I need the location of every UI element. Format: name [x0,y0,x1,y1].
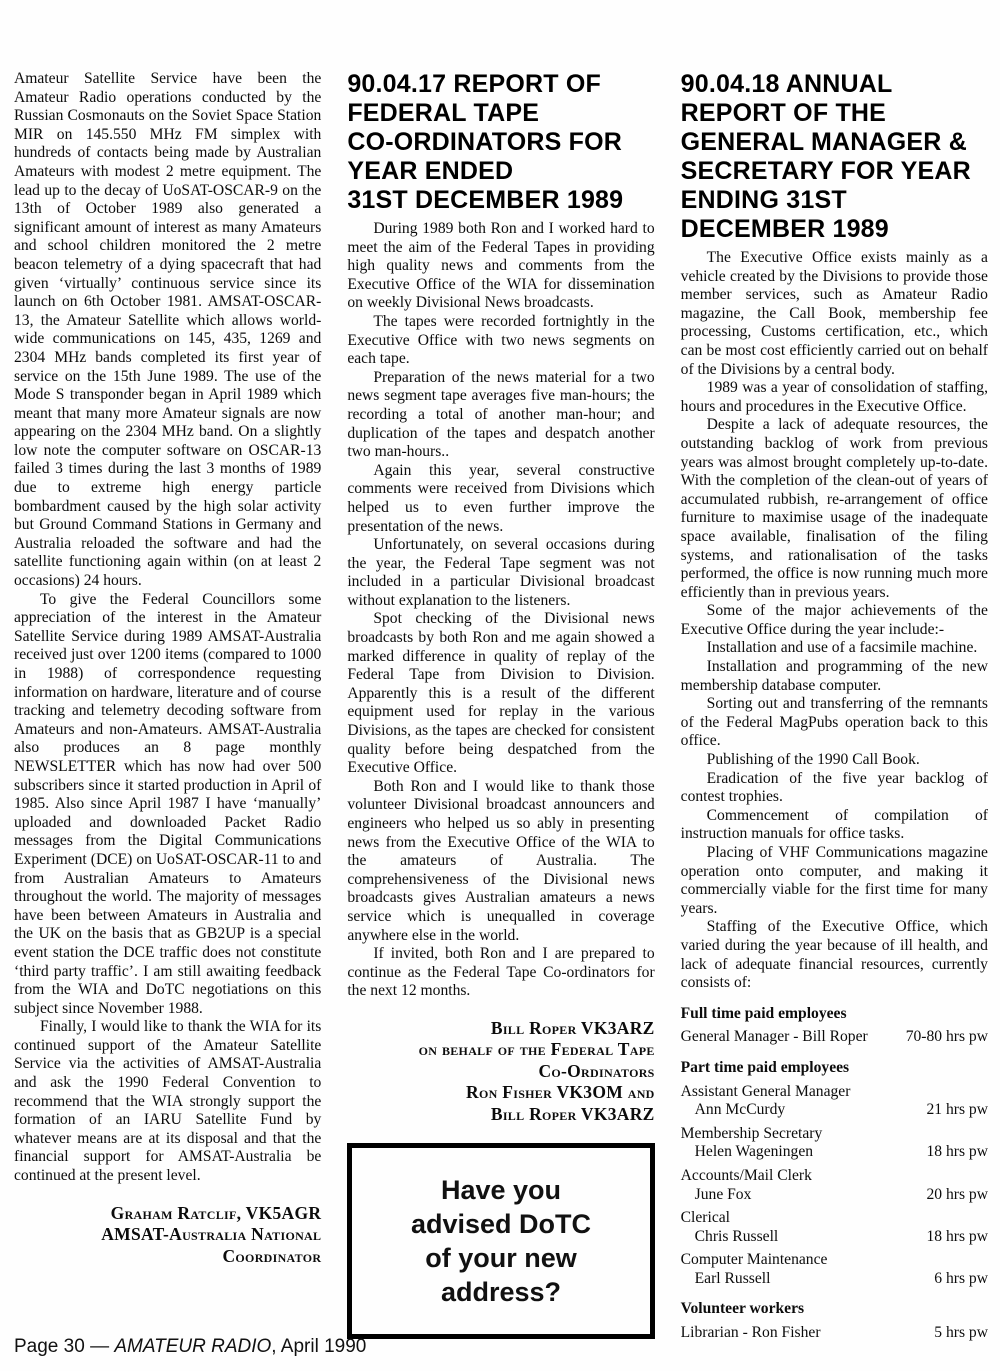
staff-role: Accounts/Mail Clerk [681,1167,988,1186]
paragraph: Some of the major achievements of the Ex… [681,602,988,639]
paragraph: Installation and programming of the new … [681,658,988,695]
staff-entry: ClericalChris Russell18 hrs pw [681,1209,988,1246]
signature-line: Graham Ratclif, VK5AGR [14,1203,321,1225]
heading-line: YEAR ENDED [347,157,654,186]
heading-line: GENERAL MANAGER & [681,128,988,157]
general-manager-report-body: The Executive Office exists mainly as a … [681,249,988,993]
paragraph: Placing of VHF Communications magazine o… [681,844,988,918]
paragraph: To give the Federal Councillors some app… [14,591,321,1019]
paragraph: Installation and use of a facsimile mach… [681,639,988,658]
column-federal-tape-report: 90.04.17 REPORT OFFEDERAL TAPECO-ORDINAT… [347,70,654,1343]
notice-line: address? [411,1275,591,1309]
staff-name: Helen Wageningen [681,1143,813,1162]
amsat-report-body: Amateur Satellite Service have been the … [14,70,321,1186]
staff-section: Volunteer workersLibrarian - Ron Fisher5… [681,1300,988,1342]
notice-line: Have you [411,1173,591,1207]
signature-line: Bill Roper VK3ARZ [347,1018,654,1040]
staff-entry: Librarian - Ron Fisher5 hrs pw [681,1324,988,1343]
staff-name: Earl Russell [681,1270,771,1289]
column-amsat-report: Amateur Satellite Service have been the … [14,70,321,1343]
heading-line: ENDING 31ST [681,186,988,215]
heading-line: CO-ORDINATORS FOR [347,128,654,157]
staff-section-title: Full time paid employees [681,1005,988,1024]
staff-entry: General Manager - Bill Roper70-80 hrs pw [681,1028,988,1047]
dotc-address-notice-box: Have youadvised DoTCof your newaddress? [347,1143,654,1339]
signature-amsat-coordinator: Graham Ratclif, VK5AGRAMSAT-Australia Na… [14,1203,321,1268]
notice-line: advised DoTC [411,1207,591,1241]
staff-role-and-name: Librarian - Ron Fisher [681,1324,821,1343]
staff-entry: Computer MaintenanceEarl Russell6 hrs pw [681,1251,988,1288]
heading-line: 90.04.18 ANNUAL [681,70,988,99]
dotc-notice-text: Have youadvised DoTCof your newaddress? [411,1173,591,1309]
paragraph: Eradication of the five year backlog of … [681,770,988,807]
heading-line: SECRETARY FOR YEAR [681,157,988,186]
footer-magazine-title: AMATEUR RADIO [114,1336,271,1357]
staff-hours: 21 hrs pw [926,1101,988,1120]
staff-hours: 6 hrs pw [934,1270,988,1289]
signature-line: Coordinator [14,1246,321,1268]
federal-tape-report-body: During 1989 both Ron and I worked hard t… [347,220,654,1001]
signature-line: on behalf of the Federal Tape [347,1039,654,1061]
paragraph: Amateur Satellite Service have been the … [14,70,321,591]
paragraph: Sorting out and transferring of the remn… [681,695,988,751]
staff-section: Part time paid employeesAssistant Genera… [681,1059,988,1289]
staff-name: June Fox [681,1186,752,1205]
heading-line: DECEMBER 1989 [681,215,988,244]
staff-hours: 18 hrs pw [926,1228,988,1247]
paragraph: If invited, both Ron and I are prepared … [347,945,654,1001]
staff-role: Computer Maintenance [681,1251,988,1270]
staff-hours: 70-80 hrs pw [906,1028,988,1047]
paragraph: The tapes were recorded fortnightly in t… [347,313,654,369]
article-heading-federal-tape: 90.04.17 REPORT OFFEDERAL TAPECO-ORDINAT… [347,70,654,215]
paragraph: Finally, I would like to thank the WIA f… [14,1018,321,1185]
staff-hours: 20 hrs pw [926,1186,988,1205]
staff-entry: Assistant General ManagerAnn McCurdy21 h… [681,1083,988,1120]
footer-issue-date: , April 1990 [271,1336,366,1357]
heading-line: FEDERAL TAPE [347,99,654,128]
staff-name: Ann McCurdy [681,1101,786,1120]
paragraph: During 1989 both Ron and I worked hard t… [347,220,654,313]
heading-line: 90.04.17 REPORT OF [347,70,654,99]
paragraph: Unfortunately, on several occasions duri… [347,536,654,610]
paragraph: Despite a lack of adequate resources, th… [681,416,988,602]
staff-role-and-name: General Manager - Bill Roper [681,1028,868,1047]
paragraph: Publishing of the 1990 Call Book. [681,751,988,770]
paragraph: Staffing of the Executive Office, which … [681,918,988,992]
paragraph: Preparation of the news material for a t… [347,369,654,462]
paragraph: Spot checking of the Divisional news bro… [347,610,654,777]
notice-line: of your new [411,1241,591,1275]
signature-line: Co-Ordinators [347,1061,654,1083]
heading-line: REPORT OF THE [681,99,988,128]
staff-entry: Membership SecretaryHelen Wageningen18 h… [681,1125,988,1162]
staff-role: Clerical [681,1209,988,1228]
paragraph: The Executive Office exists mainly as a … [681,249,988,379]
staff-section-title: Part time paid employees [681,1059,988,1078]
column-general-manager-report: 90.04.18 ANNUALREPORT OF THEGENERAL MANA… [681,70,988,1343]
page-footer: Page 30 — AMATEUR RADIO, April 1990 [14,1336,366,1358]
signature-federal-tape: Bill Roper VK3ARZon behalf of the Federa… [347,1018,654,1126]
paragraph: Both Ron and I would like to thank those… [347,778,654,945]
staff-role: Assistant General Manager [681,1083,988,1102]
heading-line: 31ST DECEMBER 1989 [347,186,654,215]
magazine-page: Amateur Satellite Service have been the … [0,0,1000,1343]
signature-line: Bill Roper VK3ARZ [347,1104,654,1126]
paragraph: Commencement of compilation of instructi… [681,807,988,844]
paragraph: Again this year, several constructive co… [347,462,654,536]
staff-section: Full time paid employeesGeneral Manager … [681,1005,988,1047]
staff-entry: Accounts/Mail ClerkJune Fox20 hrs pw [681,1167,988,1204]
staff-hours: 5 hrs pw [934,1324,988,1343]
staffing-list: Full time paid employeesGeneral Manager … [681,1005,988,1343]
staff-section-title: Volunteer workers [681,1300,988,1319]
signature-line: AMSAT-Australia National [14,1224,321,1246]
staff-hours: 18 hrs pw [926,1143,988,1162]
staff-role: Membership Secretary [681,1125,988,1144]
article-heading-general-manager: 90.04.18 ANNUALREPORT OF THEGENERAL MANA… [681,70,988,244]
staff-name: Chris Russell [681,1228,779,1247]
footer-page-number: Page 30 — [14,1336,114,1357]
paragraph: 1989 was a year of consolidation of staf… [681,379,988,416]
signature-line: Ron Fisher VK3OM and [347,1082,654,1104]
